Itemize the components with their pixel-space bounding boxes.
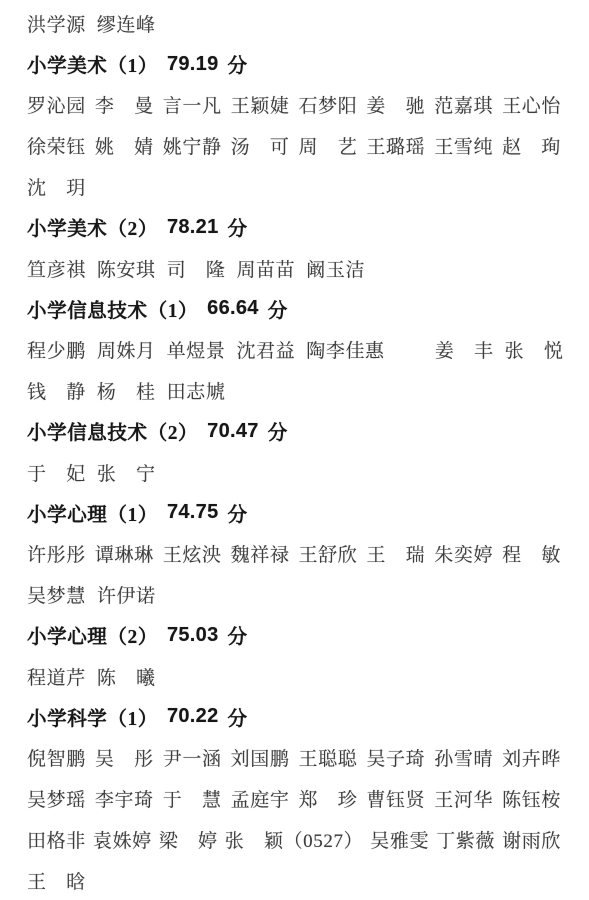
subject-heading: 小学美术（1）79.19分 xyxy=(27,44,561,85)
score-unit: 分 xyxy=(228,50,248,78)
subject-score: 74.75 xyxy=(167,501,219,524)
person-name: 范嘉琪 xyxy=(434,91,493,118)
person-name: 陈 曦 xyxy=(97,663,156,690)
subject-label: 小学心理（1） xyxy=(27,499,158,527)
person-name: 沈君益 xyxy=(236,336,295,363)
name-line: 吴梦瑶李宇琦于 慧孟庭宇郑 珍曹钰贤王河华陈钰桉 xyxy=(27,778,561,819)
name-line: 许彤彤谭琳琳王炫泱魏祥禄王舒欣王 瑞朱奕婷程 敏 xyxy=(27,533,561,574)
name-line: 王 晗 xyxy=(27,860,561,900)
document-page: 洪学源缪连峰小学美术（1）79.19分罗沁园李 曼言一凡王颖婕石梦阳姜 驰范嘉琪… xyxy=(0,0,589,900)
person-name: 周 艺 xyxy=(299,132,358,159)
person-name: 许彤彤 xyxy=(27,540,86,567)
person-name: 王炫泱 xyxy=(163,540,222,567)
person-name: 徐荣钰 xyxy=(27,132,86,159)
subject-label: 小学心理（2） xyxy=(27,621,158,649)
person-name: 姜 驰 xyxy=(366,91,425,118)
person-name: 王河华 xyxy=(434,785,493,812)
subject-score: 75.03 xyxy=(167,624,219,647)
person-name: 缪连峰 xyxy=(97,10,156,37)
person-name: 王颖婕 xyxy=(231,91,290,118)
subject-heading: 小学心理（2）75.03分 xyxy=(27,615,561,656)
person-name: 王心怡 xyxy=(502,91,561,118)
name-line: 吴梦慧许伊诺 xyxy=(27,574,561,615)
person-name: 谢雨欣 xyxy=(502,826,561,853)
subject-heading: 小学信息技术（1）66.64分 xyxy=(27,289,561,330)
subject-label: 小学美术（1） xyxy=(27,50,158,78)
person-name: 程 敏 xyxy=(502,540,561,567)
person-name: 王 晗 xyxy=(27,867,86,894)
person-name: 钱 静 xyxy=(27,377,86,404)
person-name: 石梦阳 xyxy=(299,91,358,118)
person-name: 王 瑞 xyxy=(366,540,425,567)
subject-score: 78.21 xyxy=(167,216,219,239)
person-name: 李 曼 xyxy=(95,91,154,118)
person-name: 杨 桂 xyxy=(97,377,156,404)
name-line: 田格非袁姝婷梁 婷张 颖（0527）吴雅雯丁紫薇谢雨欣 xyxy=(27,819,561,860)
score-unit: 分 xyxy=(268,295,288,323)
person-name: 张 悦 xyxy=(505,336,564,363)
score-unit: 分 xyxy=(228,703,248,731)
score-unit: 分 xyxy=(228,499,248,527)
person-name: 罗沁园 xyxy=(27,91,86,118)
person-name: 王舒欣 xyxy=(299,540,358,567)
person-name: 姜 丰 xyxy=(396,336,494,363)
name-line: 洪学源缪连峰 xyxy=(27,3,561,44)
subject-label: 小学美术（2） xyxy=(27,213,158,241)
person-name: 沈 玥 xyxy=(27,173,86,200)
person-name: 谭琳琳 xyxy=(95,540,154,567)
person-name: 王聪聪 xyxy=(299,744,358,771)
person-name: 王雪纯 xyxy=(434,132,493,159)
name-line: 罗沁园李 曼言一凡王颖婕石梦阳姜 驰范嘉琪王心怡 xyxy=(27,85,561,126)
person-name: 周姝月 xyxy=(97,336,156,363)
subject-heading: 小学美术（2）78.21分 xyxy=(27,207,561,248)
subject-score: 70.47 xyxy=(207,420,259,443)
person-name: 许伊诺 xyxy=(97,581,156,608)
name-line: 倪智鹏吴 彤尹一涵刘国鹏王聪聪吴子琦孙雪晴刘卉晔 xyxy=(27,737,561,778)
name-line: 沈 玥 xyxy=(27,166,561,207)
person-name: 单煜景 xyxy=(167,336,226,363)
person-name: 魏祥禄 xyxy=(231,540,290,567)
person-name: 笪彦祺 xyxy=(27,255,86,282)
subject-heading: 小学信息技术（2）70.47分 xyxy=(27,411,561,452)
name-line: 程道芹陈 曦 xyxy=(27,656,561,697)
subject-score: 70.22 xyxy=(167,705,219,728)
person-name: 言一凡 xyxy=(163,91,222,118)
person-name: 丁紫薇 xyxy=(436,826,495,853)
person-name: 阚玉洁 xyxy=(306,255,365,282)
person-name: 尹一涵 xyxy=(163,744,222,771)
person-name: 于 妃 xyxy=(27,459,86,486)
person-name: 程少鹏 xyxy=(27,336,86,363)
person-name: 田志虓 xyxy=(167,377,226,404)
person-name: 于 慧 xyxy=(163,785,222,812)
person-name: 吴梦瑶 xyxy=(27,785,86,812)
name-line: 于 妃张 宁 xyxy=(27,452,561,493)
name-line: 徐荣钰姚 婧姚宁静汤 可周 艺王璐瑶王雪纯赵 珣 xyxy=(27,125,561,166)
person-name: 刘国鹏 xyxy=(231,744,290,771)
person-name: 张 颖（0527） xyxy=(225,826,363,853)
person-name: 王璐瑶 xyxy=(366,132,425,159)
person-name: 姚 婧 xyxy=(95,132,154,159)
person-name: 曹钰贤 xyxy=(366,785,425,812)
score-unit: 分 xyxy=(228,213,248,241)
subject-score: 66.64 xyxy=(207,297,259,320)
person-name: 陈钰桉 xyxy=(502,785,561,812)
person-name: 张 宁 xyxy=(97,459,156,486)
person-name: 汤 可 xyxy=(231,132,290,159)
person-name: 赵 珣 xyxy=(502,132,561,159)
person-name: 郑 珍 xyxy=(299,785,358,812)
person-name: 李宇琦 xyxy=(95,785,154,812)
person-name: 吴 彤 xyxy=(95,744,154,771)
person-name: 吴梦慧 xyxy=(27,581,86,608)
person-name: 陶李佳惠 xyxy=(306,336,384,363)
name-line: 程少鹏周姝月单煜景沈君益陶李佳惠 姜 丰张 悦 xyxy=(27,329,561,370)
subject-label: 小学信息技术（2） xyxy=(27,417,198,445)
person-name: 倪智鹏 xyxy=(27,744,86,771)
subject-heading: 小学科学（1）70.22分 xyxy=(27,697,561,738)
subject-heading: 小学心理（1）74.75分 xyxy=(27,493,561,534)
person-name: 司 隆 xyxy=(167,255,226,282)
person-name: 袁姝婷 xyxy=(93,826,152,853)
name-line: 笪彦祺陈安琪司 隆周苗苗阚玉洁 xyxy=(27,248,561,289)
person-name: 程道芹 xyxy=(27,663,86,690)
person-name: 田格非 xyxy=(27,826,86,853)
person-name: 周苗苗 xyxy=(236,255,295,282)
person-name: 姚宁静 xyxy=(163,132,222,159)
subject-label: 小学科学（1） xyxy=(27,703,158,731)
person-name: 吴子琦 xyxy=(366,744,425,771)
person-name: 陈安琪 xyxy=(97,255,156,282)
subject-label: 小学信息技术（1） xyxy=(27,295,198,323)
person-name: 孙雪晴 xyxy=(434,744,493,771)
person-name: 吴雅雯 xyxy=(370,826,429,853)
score-unit: 分 xyxy=(228,621,248,649)
name-line: 钱 静杨 桂田志虓 xyxy=(27,370,561,411)
score-unit: 分 xyxy=(268,417,288,445)
subject-score: 79.19 xyxy=(167,53,219,76)
person-name: 洪学源 xyxy=(27,10,86,37)
person-name: 刘卉晔 xyxy=(502,744,561,771)
person-name: 梁 婷 xyxy=(159,826,218,853)
person-name: 朱奕婷 xyxy=(434,540,493,567)
person-name: 孟庭宇 xyxy=(231,785,290,812)
